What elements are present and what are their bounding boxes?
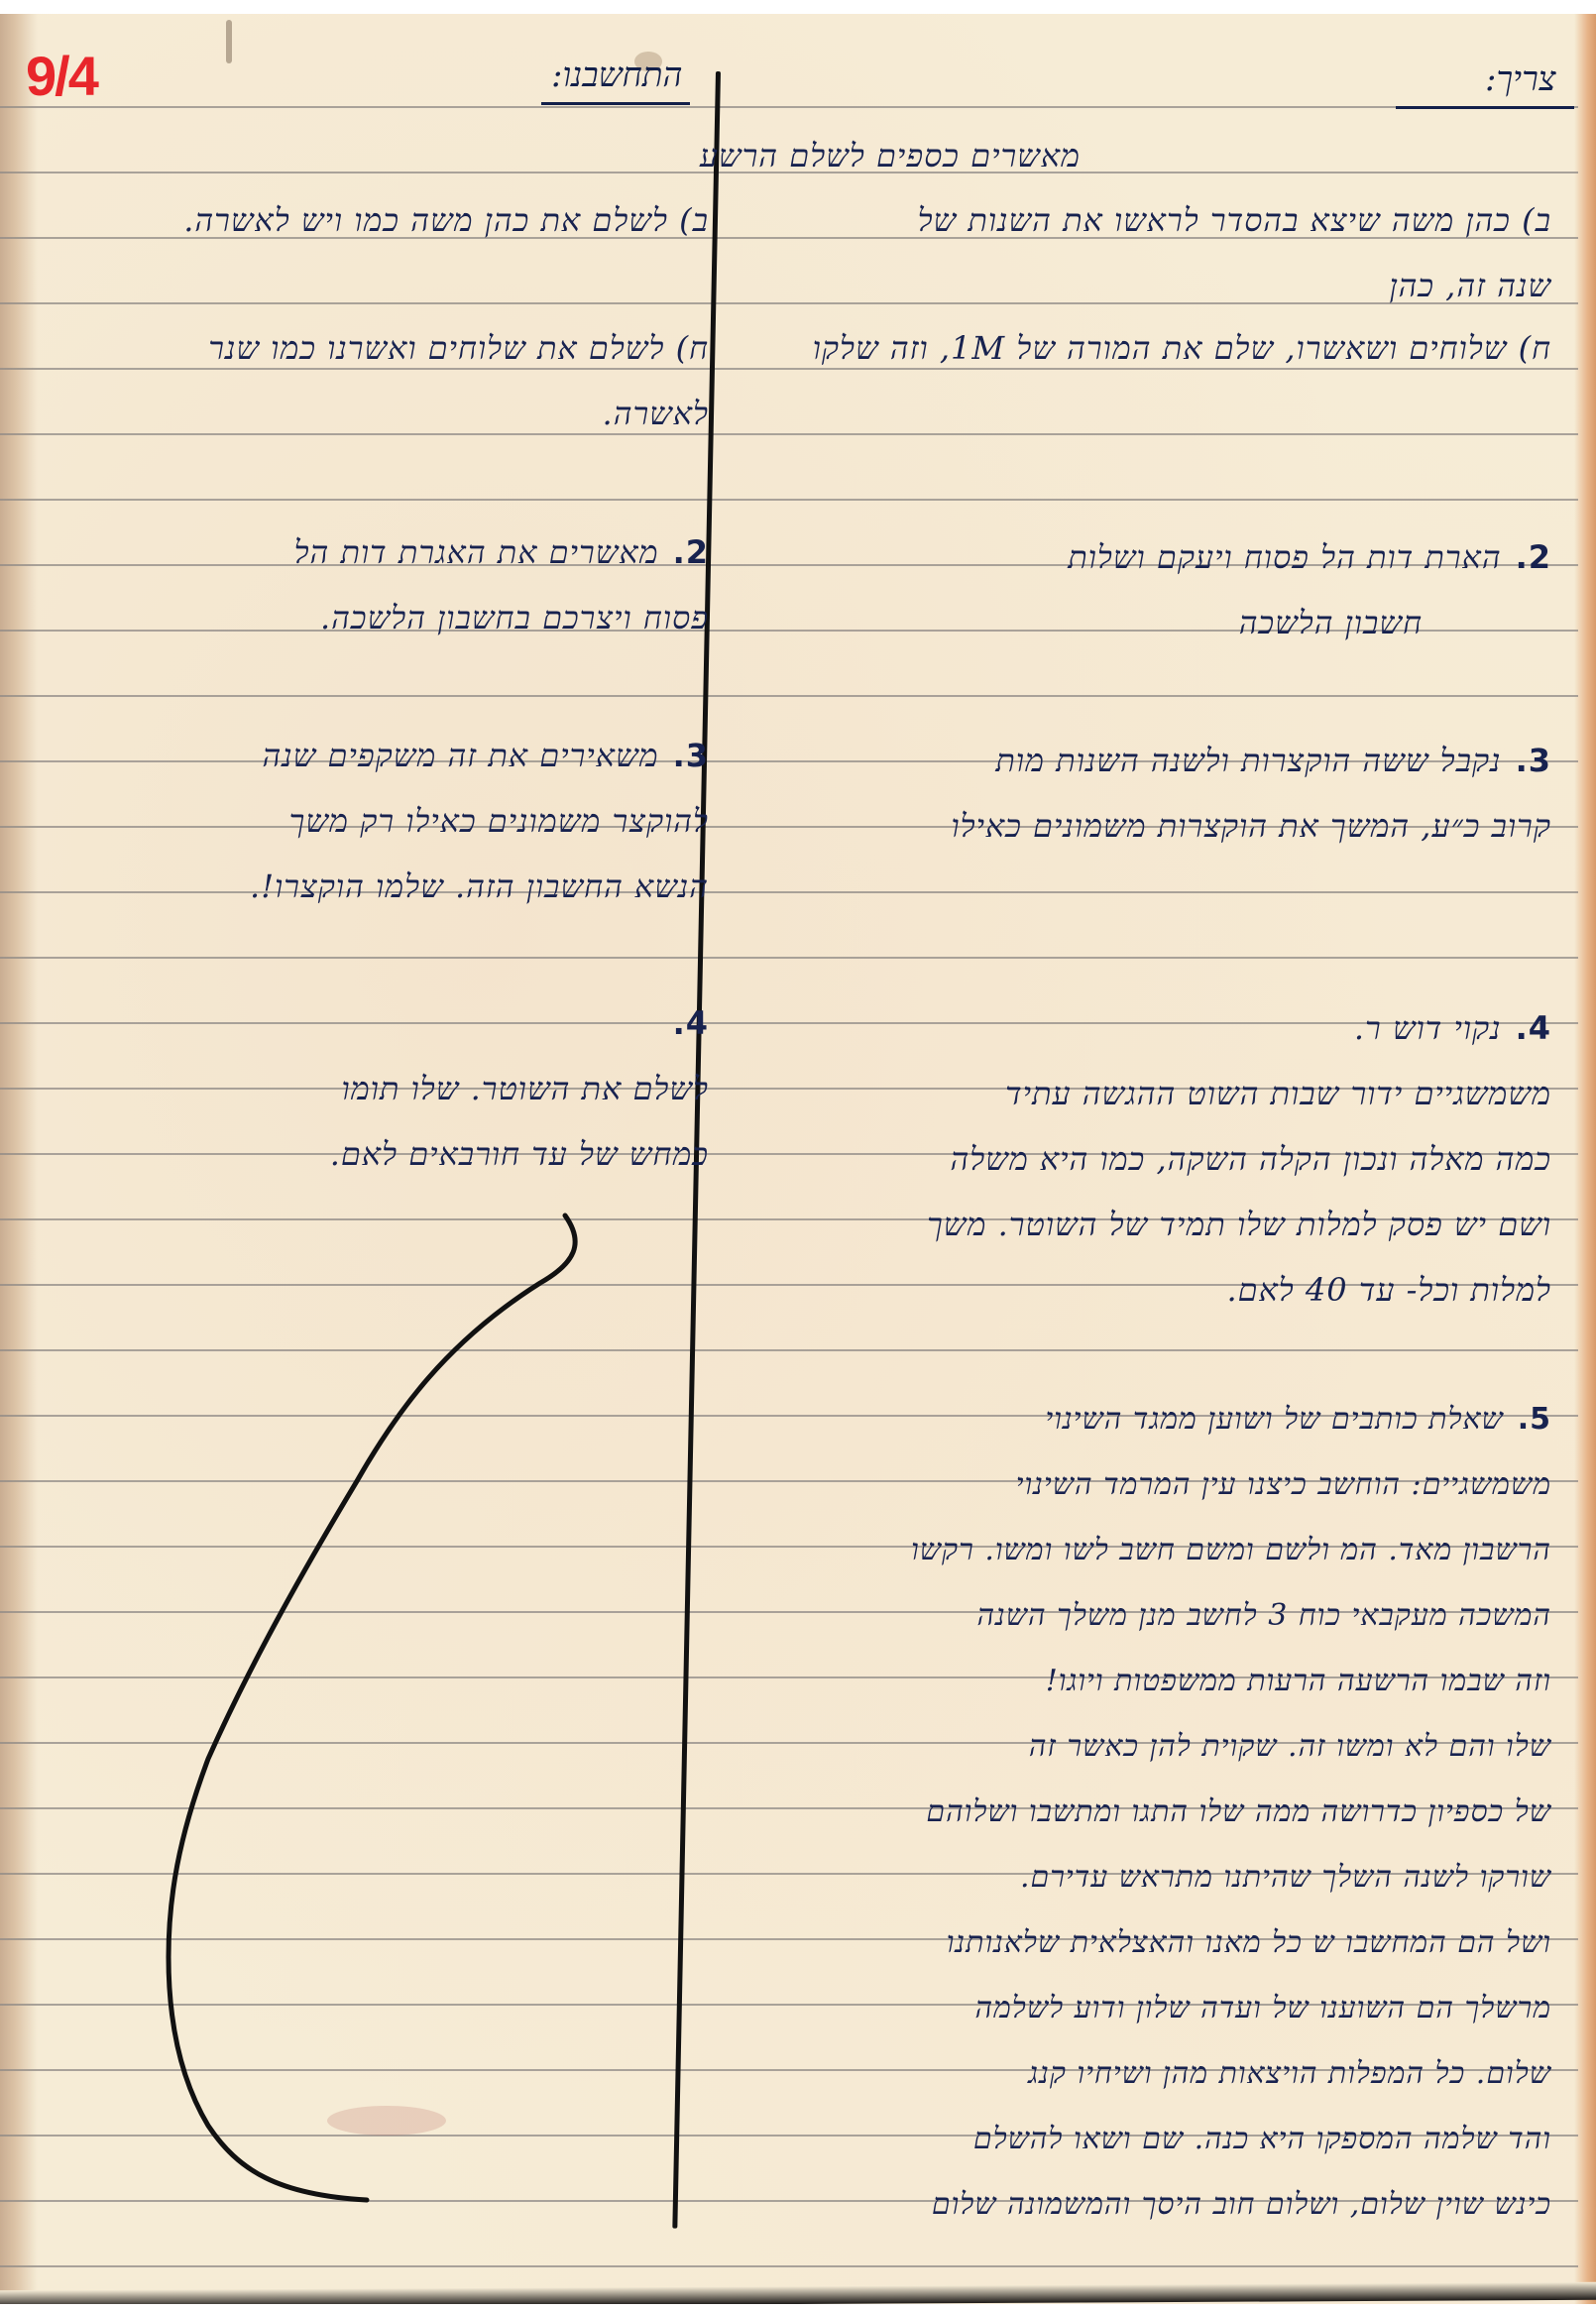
text-line: וזה שבמו הרשעה הרעות ממשפטות ויוגו!: [911, 1649, 1551, 1714]
text-line: נקוי דוש ר.: [1354, 1009, 1502, 1047]
text-line: נקבל ששה הוקצרות ולשנה השנות מות: [995, 742, 1501, 779]
item-number: 3.: [1516, 742, 1551, 779]
text-line: ב) כהן משה שיצא בהסדר לראשו את השנות של: [918, 187, 1551, 253]
binding-shadow: [0, 14, 38, 2304]
item-number: 2.: [673, 533, 709, 571]
ruled-line: [0, 891, 1578, 893]
right-section-b: ב) כהן משה שיצא בהסדר לראשו את השנות של …: [918, 187, 1551, 318]
ruled-line: [0, 957, 1578, 959]
left-section-3: 3.משאירים את זה משקפים שנה להוקצר משמוני…: [250, 723, 709, 919]
header-underline: [1396, 106, 1574, 109]
right-header-text: צריך:: [1485, 59, 1556, 99]
text-line: שורקו לשנה השלך שהיתנו מתראש עדירם.: [911, 1845, 1551, 1910]
left-section-h: ח) לשלם את שלוחים ואשרנו כמו שנר לאשרה.: [208, 315, 709, 446]
text-line: מרשלך הם השוענו של ועדה שלון ודוע לשלמה: [911, 1976, 1551, 2041]
text-line: מאשרים את האגרת דות הל: [294, 533, 659, 571]
text-line: הרשבון מאד. המ ולשם ומשם חשב לשו ומשו. ר…: [911, 1518, 1551, 1583]
item-number: 4.: [673, 1004, 709, 1042]
header-underline: [541, 102, 690, 105]
text-line: קרוב כ״ע, המשך את הוקצרות משמונים כאילו: [951, 793, 1551, 859]
text-line: להוקצר משמונים כאילו רק משך: [250, 788, 709, 854]
ruled-line: [0, 499, 1578, 501]
text-line: ח) שלוחים ושאשרו, שלם את המורה של 1M, וז…: [813, 315, 1551, 381]
text-line: ח) לשלם את שלוחים ואשרנו כמו שנר: [208, 315, 709, 381]
text-line: והד שלמה המספקו היא כנה. שם ושאו להשלם: [911, 2107, 1551, 2172]
text-line: ושל הם המחשבו ש כל מאנו והאצלאית שלאנותנ…: [911, 1910, 1551, 1976]
text-line: שנה זה, כהן: [918, 253, 1551, 318]
curved-bracket-icon: [149, 1204, 595, 2264]
text-line: ב) לשלם את כהן משה כמו ויש לאשרה.: [183, 187, 709, 253]
date-label: 9/4: [26, 44, 97, 108]
text-line: של כספיון כדרושה ממה שלו התגו ומתשבו ושל…: [911, 1780, 1551, 1845]
text-line: שלו והם לא ומשו זה. שקוית להן כאשר זה: [911, 1714, 1551, 1780]
item-number: 2.: [1516, 538, 1551, 576]
text-line: כמחש של עד חורבאים לאם.: [330, 1121, 709, 1187]
ruled-line: [0, 2265, 1578, 2267]
text-line: למלות וכל- עד 40 לאם.: [927, 1257, 1551, 1323]
text-line: ושם יש פסק למלות שלו תמיד של השוטר. משך: [927, 1192, 1551, 1257]
notebook-page: 9/4 התחשבנו: צריך: מאשרים כספים לשלם הרש…: [0, 14, 1596, 2304]
text-line: הארת דות הל פסוח ויעקם ושלות: [1068, 538, 1501, 576]
item-number: 3.: [673, 737, 709, 774]
intro-line: מאשרים כספים לשלם הרשע: [700, 123, 1081, 188]
ruled-line: [0, 695, 1578, 697]
text-line: לאשרה.: [208, 381, 709, 446]
right-section-3: 3.נקבל ששה הוקצרות ולשנה השנות מות קרוב …: [951, 728, 1551, 859]
text-line: משאירים את זה משקפים שנה: [263, 737, 659, 774]
right-column-header: צריך:: [1485, 59, 1556, 99]
text-line: לשלם את השוטר. שלו תומו: [330, 1056, 709, 1121]
text-line: כמה מאלה ונכון הקלה השקה, כמו היא משלה: [927, 1126, 1551, 1192]
text-line: המשכה מעקבאי כוח 3 לחשב מנן משלך השנה: [911, 1583, 1551, 1649]
page-edge: [1574, 14, 1596, 2304]
right-section-5: 5.שאלת כותבים של ושוען ממגד השינוי משמשג…: [911, 1387, 1551, 2238]
item-number: 4.: [1516, 1009, 1551, 1047]
left-column-header: התחשבנו:: [551, 56, 682, 95]
right-section-4: 4.נקוי דוש ר. משמשגיים ידור שבות השוט הה…: [927, 995, 1551, 1323]
right-section-h: ח) שלוחים ושאשרו, שלם את המורה של 1M, וז…: [813, 315, 1551, 381]
left-section-b: ב) לשלם את כהן משה כמו ויש לאשרה.: [183, 187, 709, 253]
left-header-text: התחשבנו:: [551, 56, 682, 95]
left-section-4: 4. לשלם את השוטר. שלו תומו כמחש של עד חו…: [330, 990, 709, 1187]
page-bottom-edge: [0, 2282, 1596, 2304]
text-line: פסוח ויצרכם בחשבון הלשכה.: [294, 585, 709, 650]
ruled-line: [0, 106, 1578, 108]
text-line: כינש שוין שלום, ושלום חוב היסך והמשמונה …: [911, 2172, 1551, 2238]
item-number: 5.: [1518, 1402, 1551, 1437]
text-line: שאלת כותבים של ושוען ממגד השינוי: [1045, 1402, 1503, 1437]
right-section-2: 2.הארת דות הל פסוח ויעקם ושלות חשבון הלש…: [1068, 524, 1551, 655]
text-line: שלום. כל המפלות הויצאות מהן ושיחיו קנג: [911, 2041, 1551, 2107]
text-line: משמשגיים: הוחשב כיצנו עין המרמד השינוי: [911, 1452, 1551, 1518]
paper-mark: [226, 20, 232, 63]
text-line: חשבון הלשכה: [1068, 590, 1551, 655]
text-line: משמשגיים ידור שבות השוט ההגשה עתיד: [927, 1061, 1551, 1126]
right-intro: מאשרים כספים לשלם הרשע: [700, 123, 1081, 188]
left-section-2: 2.מאשרים את האגרת דות הל פסוח ויצרכם בחש…: [294, 520, 709, 650]
text-line: הנשא החשבון הזה. שלמו הוקצרו!.: [250, 854, 709, 919]
